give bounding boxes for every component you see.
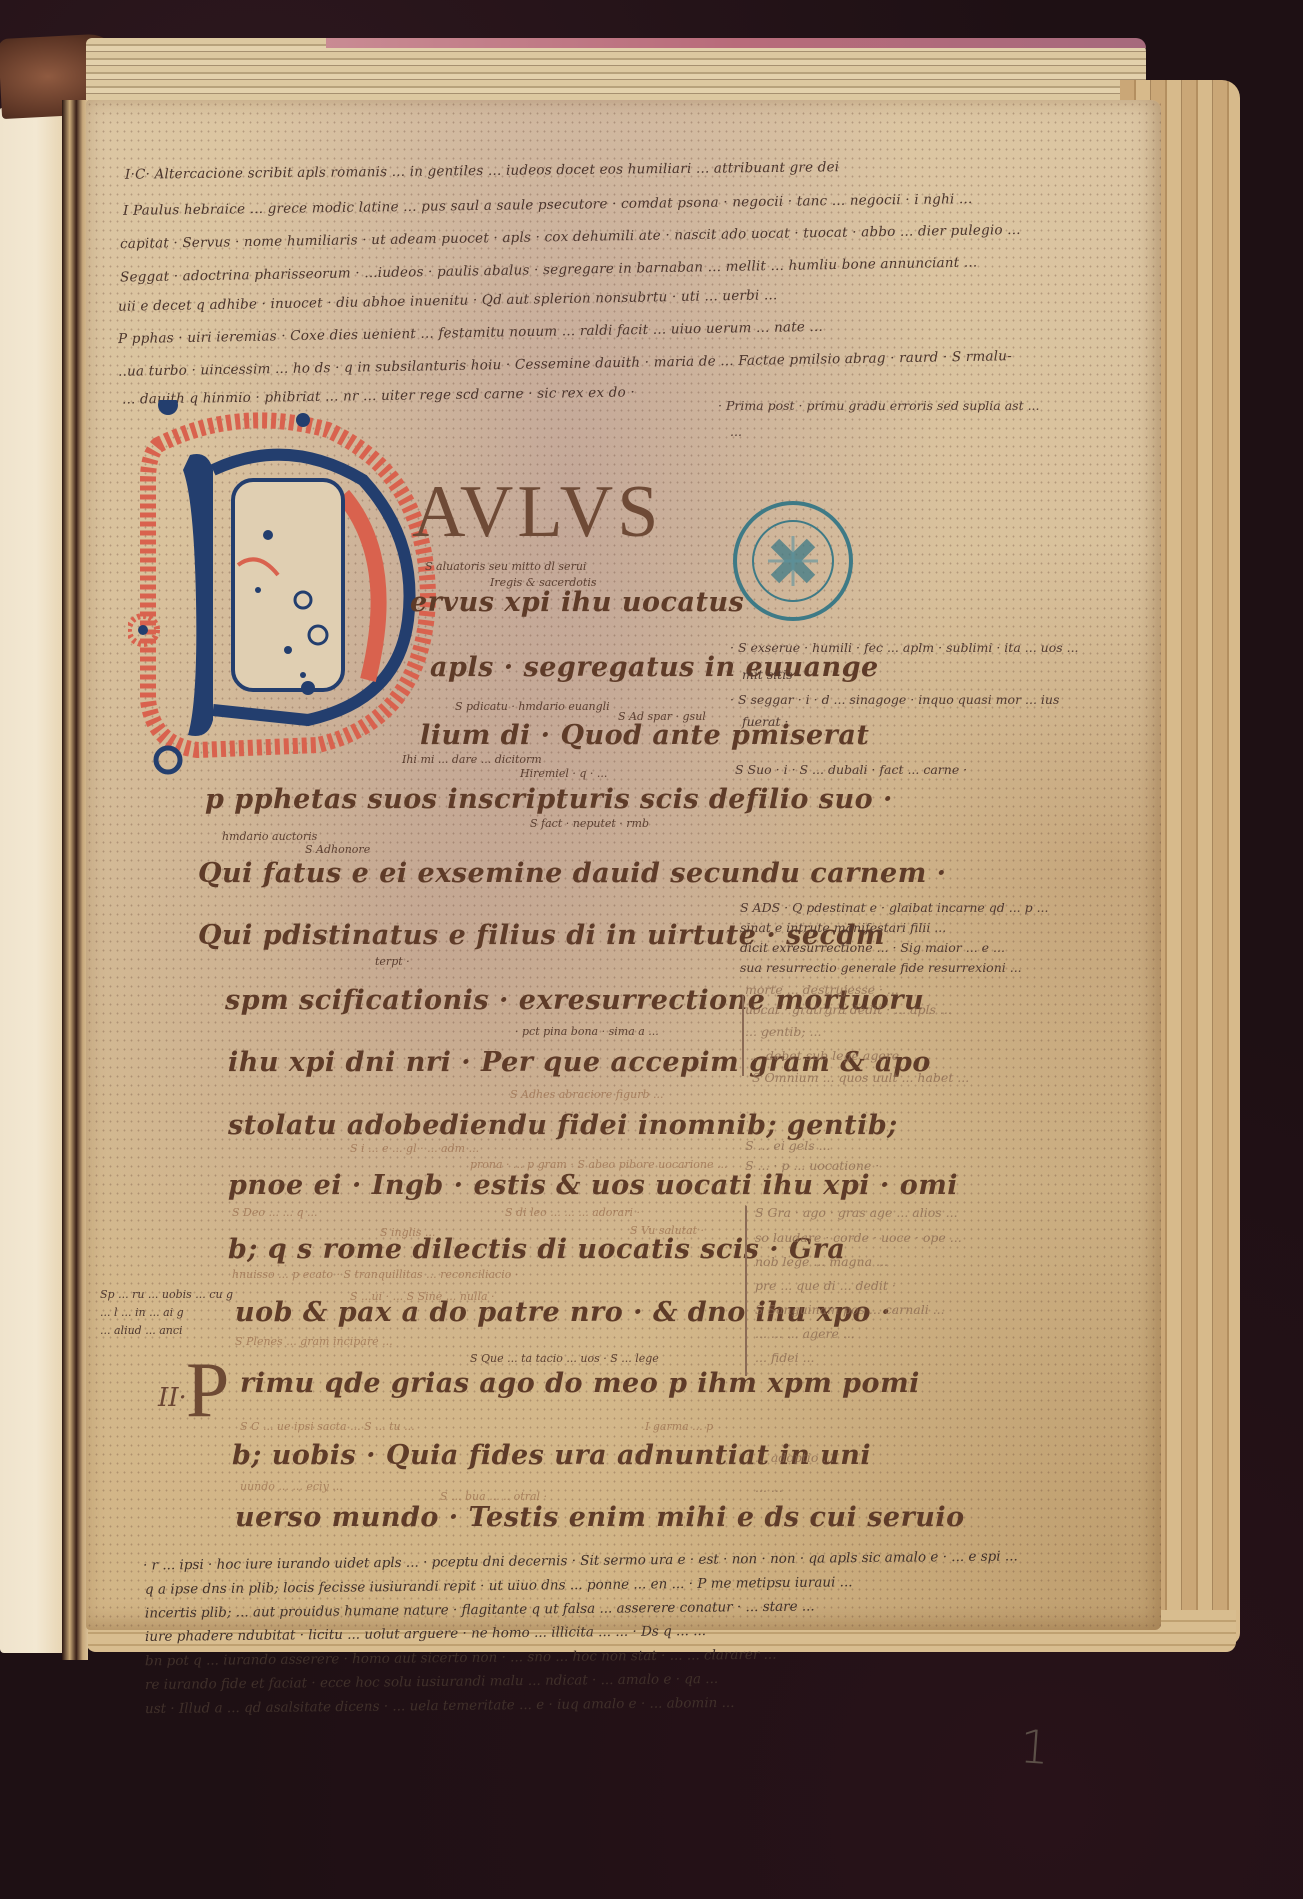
top-page-edges [86, 38, 1146, 108]
right-gloss-line: pre ... que di ... dedit · [755, 1278, 896, 1293]
binding-gutter [62, 100, 88, 1660]
interlinear-gloss: S aluatoris seu mitto dl serui [425, 560, 586, 573]
interlinear-gloss: S C ... ue ipsi sacta ... S ... tu ... [240, 1420, 415, 1433]
interlinear-gloss: Hiremiel · q · ... [520, 767, 607, 780]
right-gloss-line: ... fidei ... [755, 1350, 815, 1365]
interlinear-gloss: S Ad spar · gsul [618, 710, 706, 723]
right-gloss-line: dicit exresurrectione ... · Sig maior ..… [740, 940, 1005, 955]
left-margin-line: Sp ... ru ... uobis ... cu g [100, 1288, 233, 1301]
right-gloss-line: sinat e intrute manifestari filii ... [740, 920, 946, 935]
right-gloss-line: S Gra · ago · gras age ... alios ... [755, 1205, 958, 1220]
interlinear-gloss: I garma ... p [645, 1420, 713, 1433]
illuminated-initial-p-icon [128, 400, 438, 790]
right-gloss-line: · S seggar · i · d ... sinagoge · inquo … [730, 692, 1059, 707]
right-gloss-line: ... ... [755, 1480, 783, 1495]
gloss-bracket [742, 995, 744, 1076]
interlinear-gloss: S Plenes ... gram incipare ... [235, 1335, 393, 1348]
interlinear-gloss: terpt · [375, 955, 410, 968]
incipit-title: AVLVS [412, 470, 662, 555]
interlinear-gloss: Ihi mi ... dare ... dicitorm [402, 753, 542, 766]
interlinear-gloss: S Adhonore [305, 843, 370, 856]
right-gloss-line: S Suo · i · S ... dubali · fact ... carn… [735, 762, 967, 777]
right-gloss-line: so laudare · corde · uoce · ope ... [755, 1230, 962, 1245]
text-line: uerso mundo · Testis enim mihi e ds cui … [235, 1502, 965, 1533]
right-marginal-line: ... [730, 424, 742, 439]
folio-number: 1 [1018, 1719, 1051, 1775]
text-line: ervus xpi ihu uocatus [410, 587, 744, 618]
text-line: stolatu adobediendu fidei inomnib; genti… [228, 1110, 898, 1141]
text-line: pnoe ei · Ingb · estis & uos uocati ihu … [228, 1170, 958, 1201]
chapter-initial: P [186, 1345, 229, 1435]
interlinear-gloss: S ...ui · ... S Sine ... nulla · [350, 1290, 495, 1303]
right-gloss-line: uocat · gratrgra dedit · ... apls ... [745, 1002, 952, 1017]
right-gloss-line: fuerat · [742, 714, 788, 729]
right-gloss-line: sua resurrectio generale fide resurrexio… [740, 960, 1022, 975]
interlinear-gloss: · pct pina bona · sima a ... [515, 1025, 659, 1038]
text-line: Qui fatus e ei exsemine dauid secundu ca… [198, 858, 947, 889]
interlinear-gloss: hnuisso ... p ecato · S tranquillitas ..… [232, 1268, 518, 1281]
right-gloss-line: · S exserue · humili · fec ... aplm · su… [730, 640, 1079, 655]
interlinear-gloss: S fact · neputet · rmb [530, 817, 649, 830]
right-gloss-line: S ... · p ... uocatione · [745, 1158, 879, 1173]
interlinear-gloss: S Adhes abraciore figurb ... [510, 1088, 663, 1101]
right-gloss-line: nob lege ... magna ... [755, 1254, 888, 1269]
interlinear-gloss: prona · ... p gram · S abeo pibore uocar… [470, 1158, 728, 1171]
interlinear-gloss: S i ... e ... gl · ... adm ... [350, 1142, 479, 1155]
library-stamp-icon [730, 498, 856, 624]
interlinear-gloss: S ... bua ... .. otral · [440, 1490, 547, 1503]
facing-page-edge [0, 108, 66, 1653]
interlinear-gloss: S pdicatu · hmdario euangli [455, 700, 610, 713]
right-gloss-line: mit sitis · [742, 667, 801, 682]
interlinear-gloss: S inglis ... [380, 1226, 435, 1239]
gloss-bracket [745, 1205, 747, 1376]
right-gloss-line: S ADS · Q pdestinat e · glaibat incarne … [740, 900, 1049, 915]
text-line: p pphetas suos inscripturis scis defilio… [205, 784, 893, 815]
right-gloss-line: ... ... ... agere ... [755, 1326, 855, 1341]
pink-edge-stain [326, 38, 1146, 48]
text-line: lium di · Quod ante pmiserat [420, 720, 869, 751]
interlinear-gloss: S di leo ... ... ... adorari · [505, 1206, 640, 1219]
right-gloss-line: ... gentib; ... [745, 1024, 821, 1039]
right-gloss-line: ... debet sub lege agere [750, 1048, 899, 1063]
interlinear-gloss: Iregis & sacerdotis [490, 576, 596, 589]
interlinear-gloss: S Deo ... ... q ... [232, 1206, 317, 1219]
text-line: apls · segregatus in euuange [430, 652, 879, 683]
right-gloss-line: morte ... destrujesse · ... [745, 982, 899, 997]
right-marginal-line: · Prima post · primu gradu erroris sed s… [718, 398, 1040, 413]
interlinear-gloss: S Que ... ta tacio ... uos · S ... lege [470, 1352, 659, 1365]
text-line: rimu qde grias ago do meo p ihm xpm pomi [240, 1368, 920, 1399]
chapter-number: II· [158, 1383, 187, 1413]
interlinear-gloss: uundo ... ... eciy ... [240, 1480, 343, 1493]
left-margin-line: ... aliud ... anci [100, 1324, 183, 1337]
right-gloss-line: S ... ei gels ... [745, 1138, 831, 1153]
interlinear-gloss: hmdario auctoris [222, 830, 317, 843]
right-gloss-line: ... adoptio ... [755, 1450, 834, 1465]
right-gloss-line: S Sanguinam pos ... carnali ... [755, 1302, 945, 1317]
left-margin-line: ... l ... in ... ai g [100, 1306, 184, 1319]
right-gloss-line: S Omnium ... quos uult ... habet ... [752, 1070, 969, 1085]
text-line: b; q s rome dilectis di uocatis scis · G… [228, 1234, 845, 1265]
interlinear-gloss: S Vu salutat · [630, 1224, 704, 1237]
